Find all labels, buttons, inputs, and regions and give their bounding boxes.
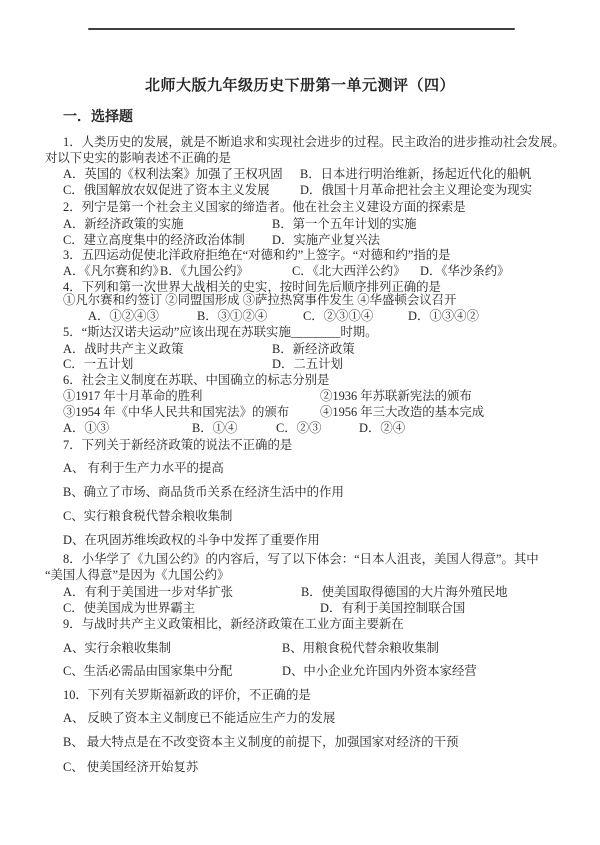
q9-options-ab-text: B、用粮食税代替余粮收集制: [282, 640, 439, 656]
q1-stem-line1: 1．人类历史的发展，就是不断追求和实现社会进步的过程。民主政治的进步推动社会发展…: [0, 134, 600, 150]
q10-stem-text: 10．下列有关罗斯福新政的评价，不正确的是: [63, 687, 311, 703]
q7-option-a: A、 有利于生产力水平的提高: [0, 460, 600, 476]
q6-items-12-text: ②1936 年苏联新宪法的颁布: [320, 388, 472, 404]
q6-stem: 6．社会主义制度在苏联、中国确立的标志分别是: [0, 372, 600, 388]
q2-options-cd-text: D．实施产业复兴法: [272, 232, 380, 248]
q8-stem-line2: “美国人得意”是因为《九国公约》: [0, 567, 600, 583]
q6-stem-text: 6．社会主义制度在苏联、中国确立的标志分别是: [63, 372, 329, 388]
document-page: 北师大版九年级历史下册第一单元测评（四） 一．选择题 1．人类历史的发展，就是不…: [0, 0, 600, 845]
q5-stem: 5．“斯达汉诺夫运动”应该出现在苏联实施________时期。: [0, 324, 600, 340]
q1-stem-line1-text: 1．人类历史的发展，就是不断追求和实现社会进步的过程。民主政治的进步推动社会发展…: [63, 134, 565, 150]
q7-option-d-text: D、在巩固苏维埃政权的斗争中发挥了重要作用: [63, 532, 320, 548]
q5-options-cd-text: C．一五计划: [63, 356, 133, 372]
q1-options-ab: A．英国的《权利法案》加强了王权巩固B．日本进行明治维新，扬起近代化的船帆: [0, 166, 600, 182]
q2-stem-text: 2．列宁是第一个社会主义国家的缔造者。他在社会主义建设方面的探索是: [63, 199, 466, 215]
q8-options-ab: A．有利于美国进一步对华扩张B．使美国取得德国的大片海外殖民地: [0, 584, 600, 600]
q6-items-34: ③1954 年《中华人民共和国宪法》的颁布④1956 年三大改造的基本完成: [0, 404, 600, 420]
q10-stem: 10．下列有关罗斯福新政的评价，不正确的是: [0, 687, 600, 703]
q7-stem-text: 7．下列关于新经济政策的说法不正确的是: [63, 437, 292, 453]
q4-items-text: ①凡尔赛和约签订 ②同盟国形成 ③萨拉热窝事件发生 ④华盛顿会议召开: [63, 292, 456, 308]
q5-options-ab-text: A．战时共产主义政策: [63, 341, 183, 357]
q2-options-ab: A．新经济政策的实施B．第一个五年计划的实施: [0, 216, 600, 232]
q5-options-ab-text: B．新经济政策: [272, 341, 355, 357]
q3-options: A．《凡尔赛和约》B．《九国公约》C．《北大西洋公约》D．《华沙条约》: [0, 263, 600, 279]
document-title: 北师大版九年级历史下册第一单元测评（四）: [0, 77, 600, 95]
q9-options-ab: A、实行余粮收集制B、用粮食税代替余粮收集制: [0, 640, 600, 656]
q3-options-text: B．《九国公约》: [160, 263, 249, 279]
q9-options-cd-text: C、生活必需品由国家集中分配: [63, 663, 232, 679]
q9-stem: 9．与战时共产主义政策相比，新经济政策在工业方面主要新在: [0, 616, 600, 632]
q8-options-cd-text: D．有利于美国控制联合国: [320, 600, 465, 616]
q1-stem-line2: 对以下史实的影响表述不正确的是: [0, 150, 600, 166]
q6-options-text: B．①④: [192, 420, 237, 436]
q2-stem: 2．列宁是第一个社会主义国家的缔造者。他在社会主义建设方面的探索是: [0, 199, 600, 215]
q4-options-text: D．①③④②: [408, 308, 479, 324]
q7-option-b-text: B、确立了市场、商品货币关系在经济生活中的作用: [63, 484, 344, 500]
q10-option-c-text: C、 使美国经济开始复苏: [63, 759, 198, 775]
q7-option-c: C、实行粮食税代替余粮收集制: [0, 508, 600, 524]
q3-options-text: C．《北大西洋公约》: [292, 263, 406, 279]
q6-options: A．①③B．①④C．②③D．②④: [0, 420, 600, 436]
q3-stem: 3．五四运动促使北洋政府拒绝在“对德和约”上签字。“对德和约”指的是: [0, 247, 600, 263]
q5-options-cd-text: D．二五计划: [272, 356, 343, 372]
q10-option-b-text: B、 最大特点是在不改变资本主义制度的前提下，加强国家对经济的干预: [63, 734, 458, 750]
q4-options: A．①②④③B．③①②④C．②③①④D．①③④②: [0, 308, 600, 324]
q6-options-text: D．②④: [359, 420, 405, 436]
q8-options-ab-text: B．使美国取得德国的大片海外殖民地: [301, 584, 508, 600]
q3-options-text: D．《华沙条约》: [420, 263, 509, 279]
q7-stem: 7．下列关于新经济政策的说法不正确的是: [0, 437, 600, 453]
q6-options-text: A．①③: [63, 420, 109, 436]
q5-options-ab: A．战时共产主义政策B．新经济政策: [0, 341, 600, 357]
q7-option-d: D、在巩固苏维埃政权的斗争中发挥了重要作用: [0, 532, 600, 548]
q6-items-12-text: ①1917 年十月革命的胜利: [63, 388, 202, 404]
q4-items: ①凡尔赛和约签订 ②同盟国形成 ③萨拉热窝事件发生 ④华盛顿会议召开: [0, 292, 600, 308]
q1-options-cd: C．俄国解放农奴促进了资本主义发展D．俄国十月革命把社会主义理论变为现实: [0, 182, 600, 198]
section-heading: 一．选择题: [63, 110, 133, 126]
q4-options-text: A．①②④③: [88, 308, 159, 324]
q2-options-cd: C．建立高度集中的经济政治体制D．实施产业复兴法: [0, 232, 600, 248]
q10-option-a: A、 反映了资本主义制度已不能适应生产力的发展: [0, 710, 600, 726]
q2-options-ab-text: B．第一个五年计划的实施: [272, 216, 417, 232]
q5-stem-text: 5．“斯达汉诺夫运动”应该出现在苏联实施________时期。: [63, 324, 378, 340]
q8-stem-line2-text: “美国人得意”是因为《九国公约》: [45, 567, 229, 583]
q1-options-cd-text: C．俄国解放农奴促进了资本主义发展: [63, 182, 270, 198]
q6-items-12: ①1917 年十月革命的胜利②1936 年苏联新宪法的颁布: [0, 388, 600, 404]
q10-option-c: C、 使美国经济开始复苏: [0, 759, 600, 775]
q7-option-a-text: A、 有利于生产力水平的提高: [63, 460, 224, 476]
q7-option-b: B、确立了市场、商品货币关系在经济生活中的作用: [0, 484, 600, 500]
q6-items-34-text: ③1954 年《中华人民共和国宪法》的颁布: [63, 404, 289, 420]
q1-options-ab-text: A．英国的《权利法案》加强了王权巩固: [63, 166, 283, 182]
q6-options-text: C．②③: [276, 420, 321, 436]
q1-stem-line2-text: 对以下史实的影响表述不正确的是: [45, 150, 231, 166]
q4-options-text: B．③①②④: [197, 308, 267, 324]
q3-options-text: A．《凡尔赛和约》: [63, 263, 165, 279]
scan-edge-line: [88, 28, 515, 30]
q5-options-cd: C．一五计划D．二五计划: [0, 356, 600, 372]
q1-options-cd-text: D．俄国十月革命把社会主义理论变为现实: [300, 182, 532, 198]
q7-option-c-text: C、实行粮食税代替余粮收集制: [63, 508, 232, 524]
q8-options-cd: C．使美国成为世界霸主D．有利于美国控制联合国: [0, 600, 600, 616]
q1-options-ab-text: B．日本进行明治维新，扬起近代化的船帆: [300, 166, 531, 182]
q8-stem-line1-text: 8．小华学了《九国公约》的内容后，写了以下体会：“日本人沮丧，美国人得意”。其中: [63, 551, 539, 567]
q8-options-cd-text: C．使美国成为世界霸主: [63, 600, 195, 616]
q10-option-b: B、 最大特点是在不改变资本主义制度的前提下，加强国家对经济的干预: [0, 734, 600, 750]
q8-options-ab-text: A．有利于美国进一步对华扩张: [63, 584, 233, 600]
q2-options-ab-text: A．新经济政策的实施: [63, 216, 183, 232]
q9-options-cd: C、生活必需品由国家集中分配D、中小企业允许国内外资本家经营: [0, 663, 600, 679]
q8-stem-line1: 8．小华学了《九国公约》的内容后，写了以下体会：“日本人沮丧，美国人得意”。其中: [0, 551, 600, 567]
q2-options-cd-text: C．建立高度集中的经济政治体制: [63, 232, 245, 248]
q10-option-a-text: A、 反映了资本主义制度已不能适应生产力的发展: [63, 710, 335, 726]
q9-options-ab-text: A、实行余粮收集制: [63, 640, 171, 656]
q4-options-text: C．②③①④: [303, 308, 373, 324]
q6-items-34-text: ④1956 年三大改造的基本完成: [320, 404, 484, 420]
q9-stem-text: 9．与战时共产主义政策相比，新经济政策在工业方面主要新在: [63, 616, 404, 632]
q9-options-cd-text: D、中小企业允许国内外资本家经营: [282, 663, 477, 679]
q3-stem-text: 3．五四运动促使北洋政府拒绝在“对德和约”上签字。“对德和约”指的是: [63, 247, 451, 263]
